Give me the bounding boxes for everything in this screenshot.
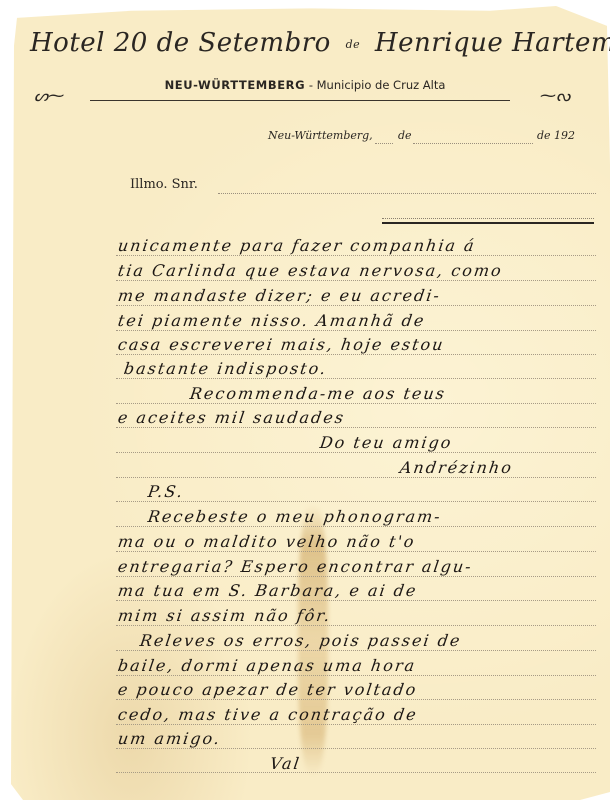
ruled-line xyxy=(116,477,596,478)
address-rule-thin xyxy=(382,218,594,219)
ruled-line xyxy=(116,699,596,700)
ruled-line xyxy=(116,526,596,527)
letterhead-owner-name: Henrique Hartemink xyxy=(375,28,610,58)
ruled-line xyxy=(116,772,596,773)
ruled-line xyxy=(116,354,596,355)
ruled-line xyxy=(116,403,596,404)
letterhead-location: NEU-WÜRTTEMBERG - Municipio de Cruz Alta xyxy=(0,78,610,92)
dateline-de-1: de xyxy=(398,129,412,142)
ruled-line xyxy=(116,378,596,379)
body-line: e aceites mil saudades xyxy=(117,408,347,427)
letterhead-rule xyxy=(90,100,510,101)
ruled-line xyxy=(116,501,596,502)
body-line: Recommenda-me aos teus xyxy=(189,384,448,403)
dateline-de-year: de 192 xyxy=(537,129,575,142)
ruled-line xyxy=(116,305,596,306)
ruled-line xyxy=(116,675,596,676)
salutation-dots xyxy=(218,193,596,194)
letterhead-title: Hotel 20 de Setembro de Henrique Hartemi… xyxy=(30,28,600,58)
letterhead-hotel-name: Hotel 20 de Setembro xyxy=(30,28,331,58)
ruled-line xyxy=(116,427,596,428)
body-line: unicamente para fazer companhia á xyxy=(117,236,477,255)
salutation: Illmo. Snr. xyxy=(130,177,198,192)
dateline-dots-1 xyxy=(375,143,393,144)
letterhead-connector: de xyxy=(346,38,361,51)
ruled-line xyxy=(116,625,596,626)
ps-signature: Val xyxy=(269,754,302,773)
ruled-line xyxy=(116,748,596,749)
ps-line: um amigo. xyxy=(117,729,223,748)
body-line: casa escreverei mais, hoje estou xyxy=(117,335,446,354)
ps-line: Releves os erros, pois passei de xyxy=(139,631,463,650)
ruled-line xyxy=(116,551,596,552)
ps-line: ma tua em S. Barbara, e ai de xyxy=(117,581,419,600)
address-rule xyxy=(382,222,594,224)
ps-line: e pouco apezar de ter voltado xyxy=(117,680,419,699)
ruled-line xyxy=(116,650,596,651)
body-line: bastante indisposto. xyxy=(123,359,329,378)
letterhead-town: NEU-WÜRTTEMBERG xyxy=(165,78,306,92)
ruled-line xyxy=(116,600,596,601)
dateline-dots-2 xyxy=(413,143,533,144)
flourish-left-icon: ᔕ⁓ xyxy=(34,86,64,105)
flourish-right-icon: ⁓ᔓ xyxy=(540,86,570,105)
postscript-label: P.S. xyxy=(147,482,186,501)
body-line: tia Carlinda que estava nervosa, como xyxy=(117,261,505,280)
closing: Do teu amigo xyxy=(319,433,454,452)
ps-line: entregaria? Espero encontrar algu- xyxy=(117,557,474,576)
ruled-line xyxy=(116,724,596,725)
ps-line: Recebeste o meu phonogram- xyxy=(147,507,443,526)
body-line: tei piamente nisso. Amanhã de xyxy=(117,311,427,330)
ruled-line xyxy=(116,452,596,453)
dateline-place: Neu-Württemberg, xyxy=(268,129,373,142)
ruled-line xyxy=(116,280,596,281)
ruled-line xyxy=(116,330,596,331)
ps-line: mim si assim não fôr. xyxy=(117,606,333,625)
ps-line: cedo, mas tive a contração de xyxy=(117,705,419,724)
ps-line: ma ou o maldito velho não t'o xyxy=(117,532,417,551)
ps-line: baile, dormi apenas uma hora xyxy=(117,656,418,675)
dateline: Neu-Württemberg, xyxy=(268,129,373,142)
letterhead-municipality: - Municipio de Cruz Alta xyxy=(305,78,445,92)
body-line: me mandaste dizer; e eu acredi- xyxy=(117,286,443,305)
ruled-line xyxy=(116,576,596,577)
ruled-line xyxy=(116,255,596,256)
signature: Andrézinho xyxy=(399,458,515,477)
